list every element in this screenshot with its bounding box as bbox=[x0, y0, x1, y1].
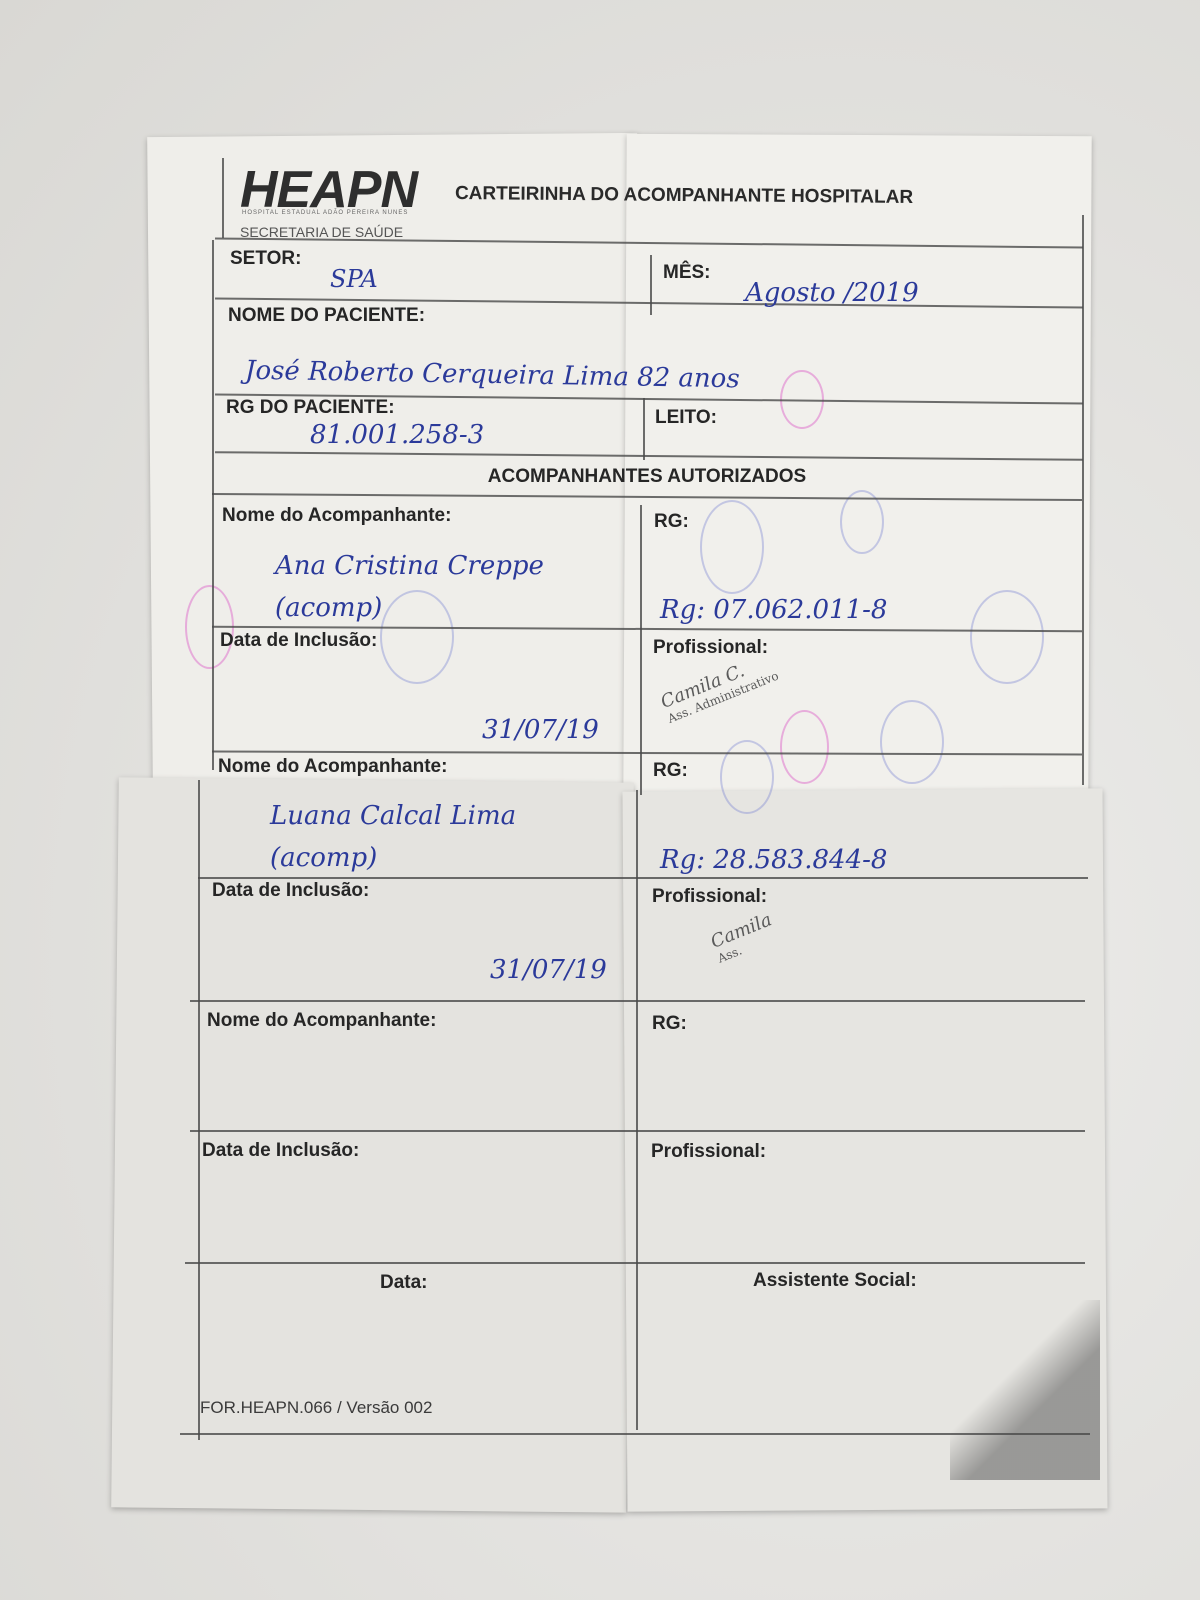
doodle bbox=[970, 590, 1044, 684]
row-line bbox=[185, 1262, 1085, 1264]
border-left bbox=[212, 240, 214, 770]
row-line bbox=[180, 1433, 1090, 1435]
companion-2-name-label: Nome do Acompanhante: bbox=[218, 756, 447, 778]
leito-label: LEITO: bbox=[655, 407, 717, 429]
data-label: Data: bbox=[380, 1272, 428, 1294]
logo-tagline: HOSPITAL ESTADUAL ADÃO PEREIRA NUNES bbox=[242, 210, 408, 216]
companion-1-name-value: Ana Cristina Creppe (acomp) bbox=[275, 545, 605, 629]
shadow bbox=[950, 1300, 1100, 1480]
border-right bbox=[1082, 215, 1084, 785]
companion-3-prof-label: Profissional: bbox=[651, 1141, 766, 1163]
mes-value: Agosto /2019 bbox=[745, 278, 919, 308]
companion-1-rg-value: Rg: 07.062.011-8 bbox=[660, 595, 887, 625]
companion-1-date-value: 31/07/19 bbox=[482, 715, 599, 745]
row-line bbox=[190, 1000, 1085, 1002]
companion-2-prof-label: Profissional: bbox=[652, 886, 767, 908]
divider bbox=[643, 398, 645, 460]
companion-2-name-value: Luana Calcal Lima (acomp) bbox=[270, 795, 610, 879]
divider bbox=[650, 255, 652, 315]
rg-paciente-value: 81.001.258-3 bbox=[310, 420, 484, 450]
companion-2-date-value: 31/07/19 bbox=[490, 955, 607, 985]
setor-value: SPA bbox=[330, 265, 378, 293]
companion-1-name-label: Nome do Acompanhante: bbox=[222, 505, 451, 527]
doodle bbox=[880, 700, 944, 784]
border-left bbox=[198, 780, 200, 1440]
companion-2-date-label: Data de Inclusão: bbox=[212, 880, 369, 902]
form-code: FOR.HEAPN.066 / Versão 002 bbox=[200, 1398, 432, 1418]
rg-paciente-label: RG DO PACIENTE: bbox=[226, 397, 395, 419]
nome-paciente-label: NOME DO PACIENTE: bbox=[228, 305, 425, 327]
companion-3-name-label: Nome do Acompanhante: bbox=[207, 1010, 436, 1032]
row-line bbox=[190, 1130, 1085, 1132]
companion-3-date-label: Data de Inclusão: bbox=[202, 1140, 359, 1162]
doodle bbox=[700, 500, 764, 594]
mes-label: MÊS: bbox=[663, 262, 711, 284]
divider bbox=[636, 790, 638, 1430]
logo-subtitle: SECRETARIA DE SAÚDE bbox=[240, 224, 403, 240]
companion-2-rg-value: Rg: 28.583.844-8 bbox=[660, 845, 887, 875]
doodle bbox=[720, 740, 774, 814]
section-title: ACOMPANHANTES AUTORIZADOS bbox=[212, 466, 1082, 488]
doodle bbox=[780, 710, 829, 784]
assistente-social-label: Assistente Social: bbox=[753, 1270, 917, 1292]
border bbox=[222, 158, 224, 238]
document-title: CARTEIRINHA DO ACOMPANHANTE HOSPITALAR bbox=[455, 183, 913, 209]
setor-label: SETOR: bbox=[230, 248, 301, 270]
companion-2-rg-label: RG: bbox=[653, 760, 688, 782]
companion-1-rg-label: RG: bbox=[654, 511, 689, 533]
companion-3-rg-label: RG: bbox=[652, 1013, 687, 1035]
companion-1-date-label: Data de Inclusão: bbox=[220, 630, 377, 652]
